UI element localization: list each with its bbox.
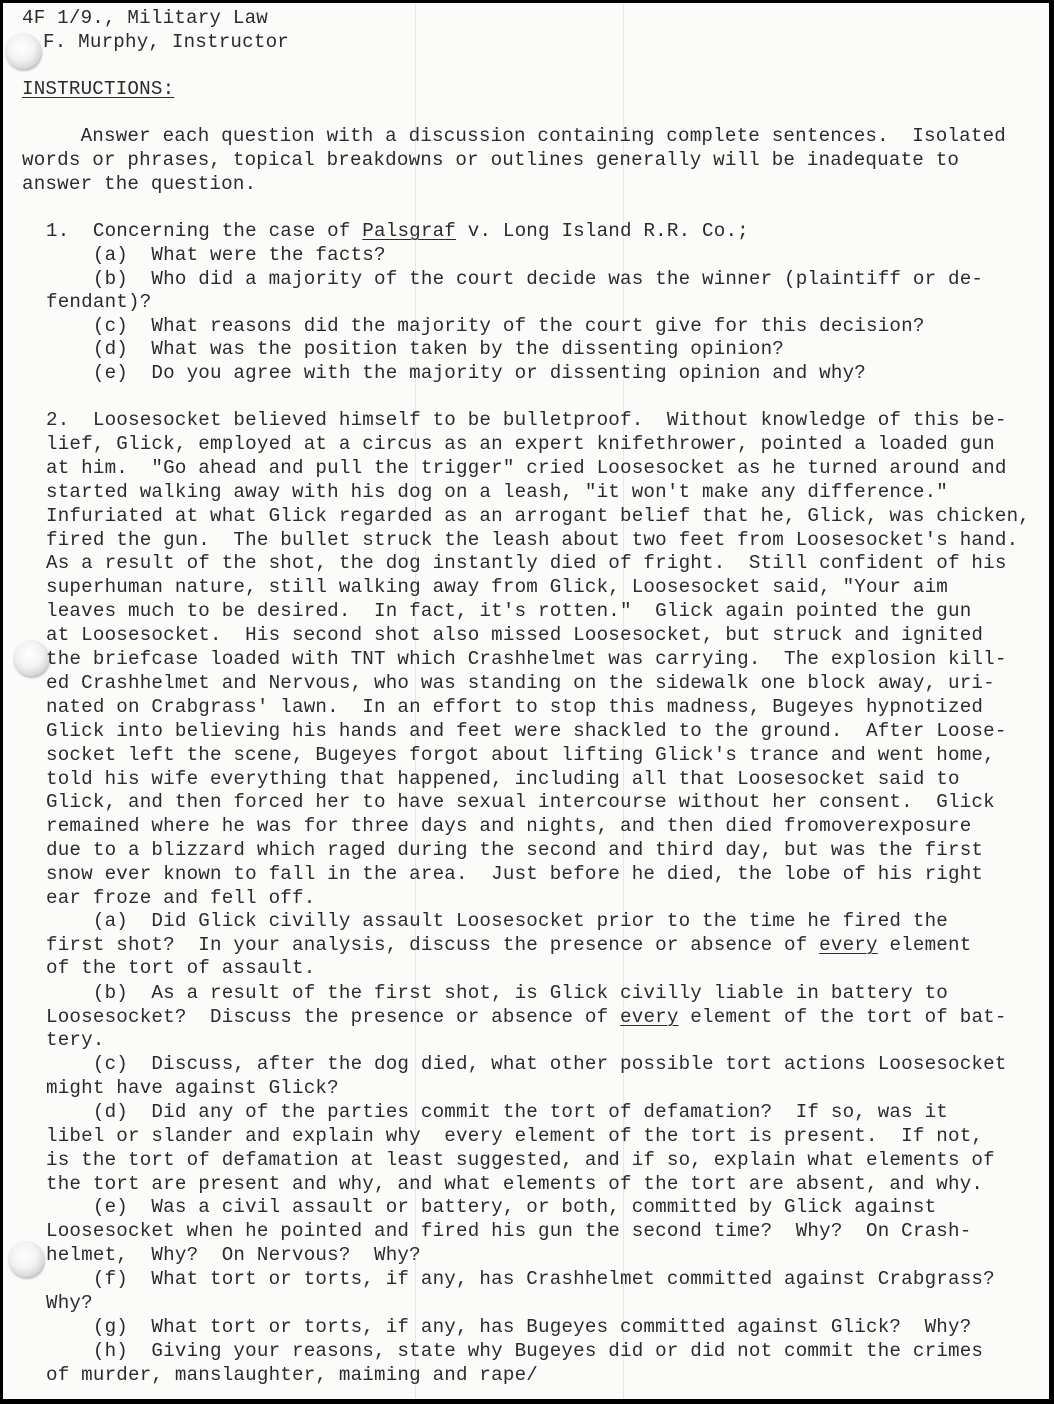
q2-a-text: first shot? In your analysis, discuss th…: [46, 934, 819, 956]
q1-intro-prefix: 1. Concerning the case of: [46, 220, 362, 242]
emphasis-every: every: [819, 934, 878, 956]
q2-subpart-line: is the tort of defamation at least sugge…: [46, 1151, 995, 1170]
q2-a-line: first shot? In your analysis, discuss th…: [46, 936, 971, 955]
q2-subpart-line: (d) Did any of the parties commit the to…: [46, 1103, 948, 1122]
instructions-line: Answer each question with a discussion c…: [22, 127, 1006, 146]
q2-subpart-line: Why?: [46, 1294, 93, 1313]
q2-subpart-line: (c) Discuss, after the dog died, what ot…: [46, 1055, 1007, 1074]
q2-facts-line: As a result of the shot, the dog instant…: [46, 554, 1007, 573]
q2-subpart-line: might have against Glick?: [46, 1079, 339, 1098]
q2-facts-line: the briefcase loaded with TNT which Cras…: [46, 650, 1007, 669]
q2-a-line: (a) Did Glick civilly assault Loosesocke…: [46, 912, 948, 931]
q2-facts-line: superhuman nature, still walking away fr…: [46, 578, 948, 597]
q2-facts-line: started walking away with his dog on a l…: [46, 483, 948, 502]
q2-subpart-line: (f) What tort or torts, if any, has Cras…: [46, 1270, 995, 1289]
instructions-heading: INSTRUCTIONS:: [22, 80, 174, 99]
q2-facts-line: due to a blizzard which raged during the…: [46, 841, 983, 860]
q2-subpart-line: libel or slander and explain why every e…: [46, 1127, 983, 1146]
q2-facts-line: Glick, and then forced her to have sexua…: [46, 793, 995, 812]
q2-facts-line: ear froze and fell off.: [46, 889, 315, 908]
q2-facts-line: fired the gun. The bullet struck the lea…: [46, 531, 1018, 550]
q2-facts-line: snow ever known to fall in the area. Jus…: [46, 865, 983, 884]
punch-hole: [8, 1241, 44, 1277]
instructions-line: words or phrases, topical breakdowns or …: [22, 151, 959, 170]
punch-hole: [5, 33, 41, 69]
q2-a-line: of the tort of assault.: [46, 959, 315, 978]
q2-subpart-line: Loosesocket when he pointed and fired hi…: [46, 1222, 971, 1241]
q1-subpart-line: (b) Who did a majority of the court deci…: [46, 270, 983, 289]
q2-facts-line: told his wife everything that happened, …: [46, 770, 960, 789]
q2-facts-line: Infuriated at what Glick regarded as an …: [46, 507, 1030, 526]
document-page: 4F 1/9., Military Law F. Murphy, Instruc…: [3, 3, 1049, 1399]
q2-facts-line: at Loosesocket. His second shot also mis…: [46, 626, 983, 645]
q2-a-text: element: [878, 934, 972, 956]
q2-b-line: Loosesocket? Discuss the presence or abs…: [46, 1008, 1007, 1027]
q1-subpart-line: (e) Do you agree with the majority or di…: [46, 364, 866, 383]
q1-intro-suffix: v. Long Island R.R. Co.;: [456, 220, 749, 242]
q1-subpart-line: (c) What reasons did the majority of the…: [46, 317, 925, 336]
q2-subpart-line: (g) What tort or torts, if any, has Buge…: [46, 1318, 971, 1337]
q2-b-text: element of the tort of bat-: [679, 1006, 1007, 1028]
punch-hole: [13, 640, 49, 676]
q2-facts-line: Glick into believing his hands and feet …: [46, 722, 1007, 741]
q2-facts-line: lief, Glick, employed at a circus as an …: [46, 435, 995, 454]
question-1-intro: 1. Concerning the case of Palsgraf v. Lo…: [46, 222, 749, 241]
q2-facts-line: nated on Crabgrass' lawn. In an effort t…: [46, 698, 983, 717]
course-title: 4F 1/9., Military Law: [22, 9, 268, 28]
q2-facts-line: socket left the scene, Bugeyes forgot ab…: [46, 746, 995, 765]
q2-subpart-line: (h) Giving your reasons, state why Bugey…: [46, 1342, 983, 1361]
q2-subpart-line: (e) Was a civil assault or battery, or b…: [46, 1198, 936, 1217]
q2-b-text: Loosesocket? Discuss the presence or abs…: [46, 1006, 620, 1028]
q2-subpart-line: the tort are present and why, and what e…: [46, 1175, 983, 1194]
q2-subpart-line: of murder, manslaughter, maiming and rap…: [46, 1366, 538, 1385]
q1-subpart-line: (a) What were the facts?: [46, 246, 386, 265]
q2-facts-line: at him. "Go ahead and pull the trigger" …: [46, 459, 1007, 478]
q2-facts-line: 2. Loosesocket believed himself to be bu…: [46, 411, 1007, 430]
q2-facts-line: leaves much to be desired. In fact, it's…: [46, 602, 971, 621]
q2-facts-line: ed Crashhelmet and Nervous, who was stan…: [46, 674, 995, 693]
q2-facts-line: remained where he was for three days and…: [46, 817, 971, 836]
instructions-line: answer the question.: [22, 175, 256, 194]
instructor-name: F. Murphy, Instructor: [43, 33, 289, 52]
q2-subpart-line: helmet, Why? On Nervous? Why?: [46, 1246, 421, 1265]
q1-subpart-line: fendant)?: [46, 293, 151, 312]
case-name: Palsgraf: [362, 220, 456, 242]
q1-subpart-line: (d) What was the position taken by the d…: [46, 340, 784, 359]
q2-b-line: tery.: [46, 1031, 105, 1050]
q2-b-line: (b) As a result of the first shot, is Gl…: [46, 984, 948, 1003]
emphasis-every: every: [620, 1006, 679, 1028]
